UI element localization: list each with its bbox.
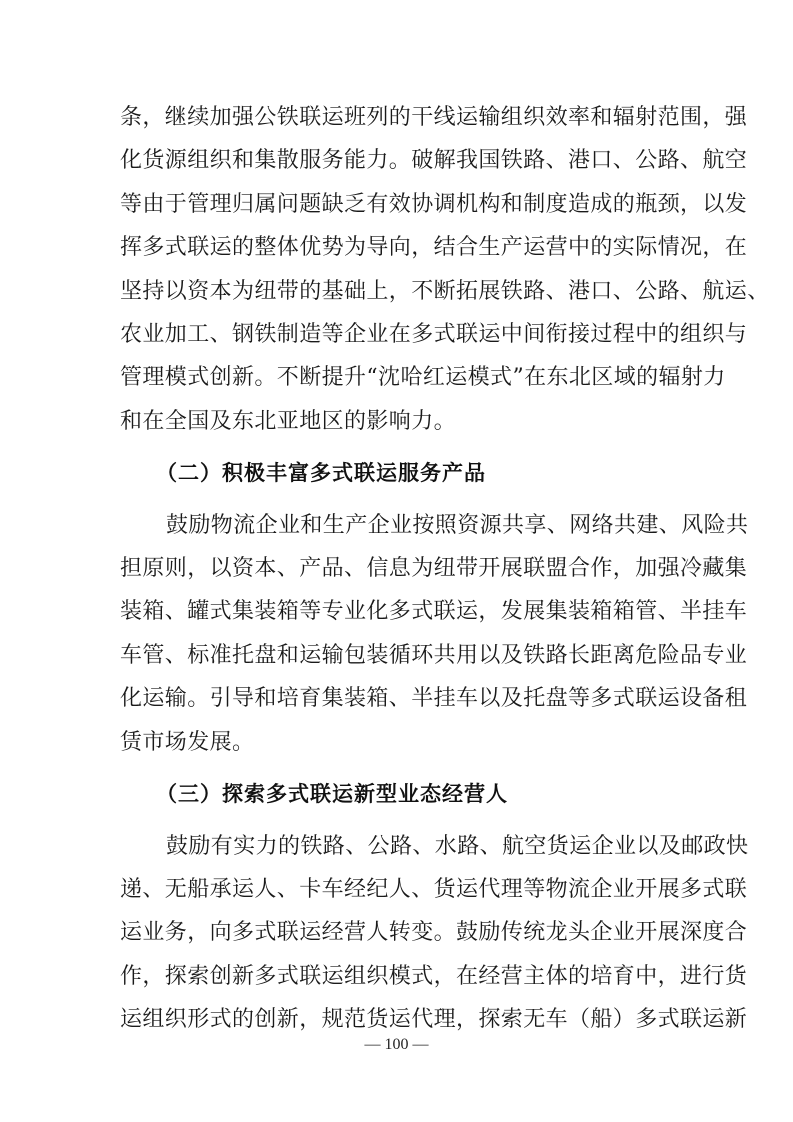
text-line: 和在全国及东北亚地区的影响力。 (120, 400, 676, 443)
section-heading-2: （二）积极丰富多式联运服务产品 (120, 452, 676, 495)
page-body: 条，继续加强公铁联运班列的干线运输组织效率和辐射范围，强 化货源组织和集散服务能… (120, 96, 676, 1042)
section-heading-3: （三）探索多式联运新型业态经营人 (120, 773, 676, 816)
section-3-paragraph: 鼓励有实力的铁路、公路、水路、航空货运企业以及邮政快 递、无船承运人、卡车经纪人… (120, 825, 676, 1042)
text-line: 鼓励物流企业和生产企业按照资源共享、网络共建、风险共 (120, 504, 676, 547)
text-line: 农业加工、钢铁制造等企业在多式联运中间衔接过程中的组织与 (120, 313, 676, 356)
text-line: 递、无船承运人、卡车经纪人、货运代理等物流企业开展多式联 (120, 868, 676, 911)
page-number: — 100 — (0, 1036, 793, 1054)
text-line: 运业务，向多式联运经营人转变。鼓励传统龙头企业开展深度合 (120, 911, 676, 954)
section-2-paragraph: 鼓励物流企业和生产企业按照资源共享、网络共建、风险共 担原则，以资本、产品、信息… (120, 504, 676, 764)
text-line: 担原则，以资本、产品、信息为纽带开展联盟合作，加强冷藏集 (120, 547, 676, 590)
text-line: 装箱、罐式集装箱等专业化多式联运，发展集装箱箱管、半挂车 (120, 590, 676, 633)
text-line: 作，探索创新多式联运组织模式，在经营主体的培育中，进行货 (120, 955, 676, 998)
text-line: 车管、标准托盘和运输包装循环共用以及铁路长距离危险品专业 (120, 634, 676, 677)
text-line: 化运输。引导和培育集装箱、半挂车以及托盘等多式联运设备租 (120, 677, 676, 720)
text-line: 等由于管理归属问题缺乏有效协调机构和制度造成的瓶颈，以发 (120, 183, 676, 226)
text-line: 条，继续加强公铁联运班列的干线运输组织效率和辐射范围，强 (120, 96, 676, 139)
text-line: 鼓励有实力的铁路、公路、水路、航空货运企业以及邮政快 (120, 825, 676, 868)
paragraph-continuation: 条，继续加强公铁联运班列的干线运输组织效率和辐射范围，强 化货源组织和集散服务能… (120, 96, 676, 443)
text-line: 化货源组织和集散服务能力。破解我国铁路、港口、公路、航空 (120, 139, 676, 182)
text-line: 挥多式联运的整体优势为导向，结合生产运营中的实际情况，在 (120, 226, 676, 269)
document-page: 条，继续加强公铁联运班列的干线运输组织效率和辐射范围，强 化货源组织和集散服务能… (0, 0, 793, 1122)
text-line: 赁市场发展。 (120, 721, 676, 764)
text-line: 管理模式创新。不断提升“沈哈红运模式”在东北区域的辐射力 (120, 356, 676, 399)
text-line: 坚持以资本为纽带的基础上，不断拓展铁路、港口、公路、航运、 (120, 270, 676, 313)
